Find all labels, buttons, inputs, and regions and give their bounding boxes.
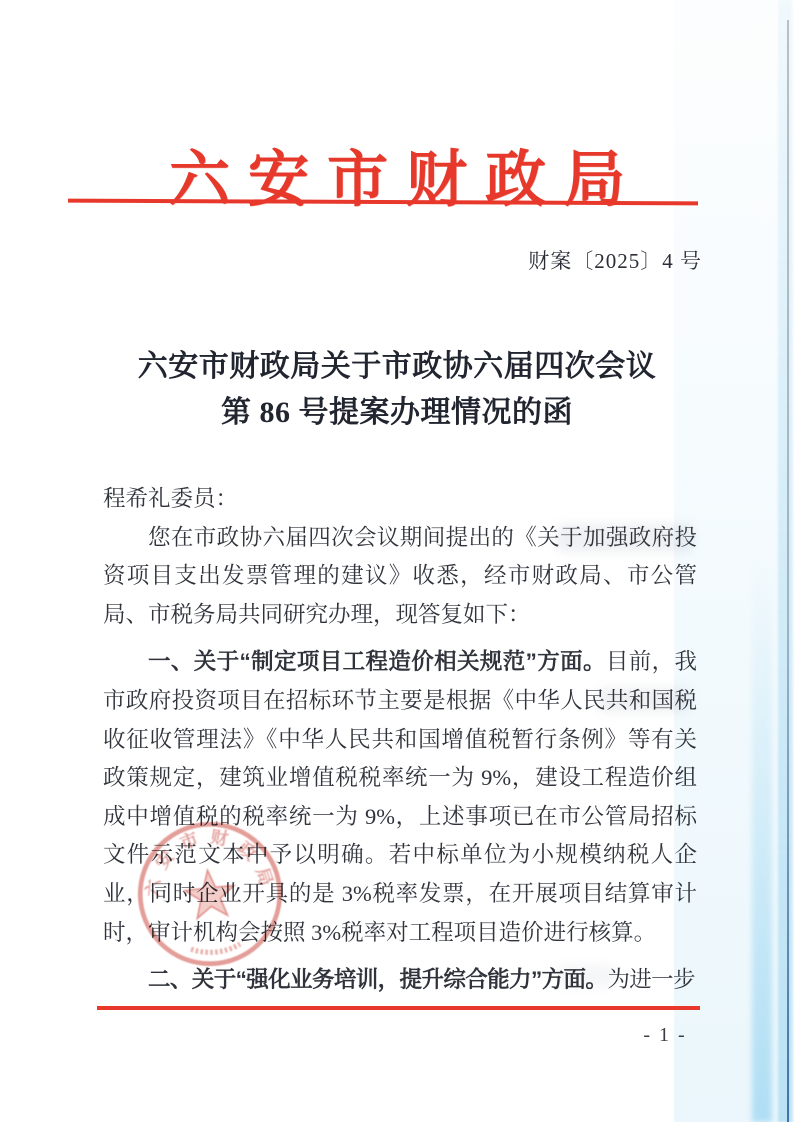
official-seal: 六安市财政局	[126, 810, 293, 977]
page-number: - 1 -	[610, 1024, 720, 1047]
body-paragraph: 您在市政协六届四次会议期间提出的《关于加强政府投资项目支出发票管理的建议》收悉，…	[103, 519, 697, 635]
paragraph-text: 为进一步	[607, 967, 695, 992]
body-paragraph: 程希礼委员：	[103, 480, 697, 519]
seal-code-microtext	[191, 944, 241, 955]
paragraph-lead-emphasis: 一、关于“制定项目工程造价相关规范”方面。	[148, 649, 606, 674]
paragraph-lead-emphasis: 二、关于“强化业务培训，提升综合能力”方面。	[148, 967, 607, 992]
document-number: 财案〔2025〕4 号	[528, 245, 702, 275]
paragraph-text: 您在市政协六届四次会议期间提出的《关于加强政府投资项目支出发票管理的建议》收悉，…	[103, 525, 697, 627]
seal-star-icon	[183, 868, 237, 920]
scan-cyan-streak	[752, 560, 772, 1122]
footer-rule	[97, 1006, 700, 1010]
document-title-line-1: 六安市财政局关于市政协六届四次会议	[0, 344, 794, 390]
document-title: 六安市财政局关于市政协六届四次会议 第 86 号提案办理情况的函	[0, 344, 794, 436]
document-title-line-2: 第 86 号提案办理情况的函	[0, 390, 794, 436]
scanned-document-page: 六安市财政局 财案〔2025〕4 号 六安市财政局关于市政协六届四次会议 第 8…	[0, 0, 794, 1122]
paragraph-text: 程希礼委员：	[103, 486, 238, 511]
